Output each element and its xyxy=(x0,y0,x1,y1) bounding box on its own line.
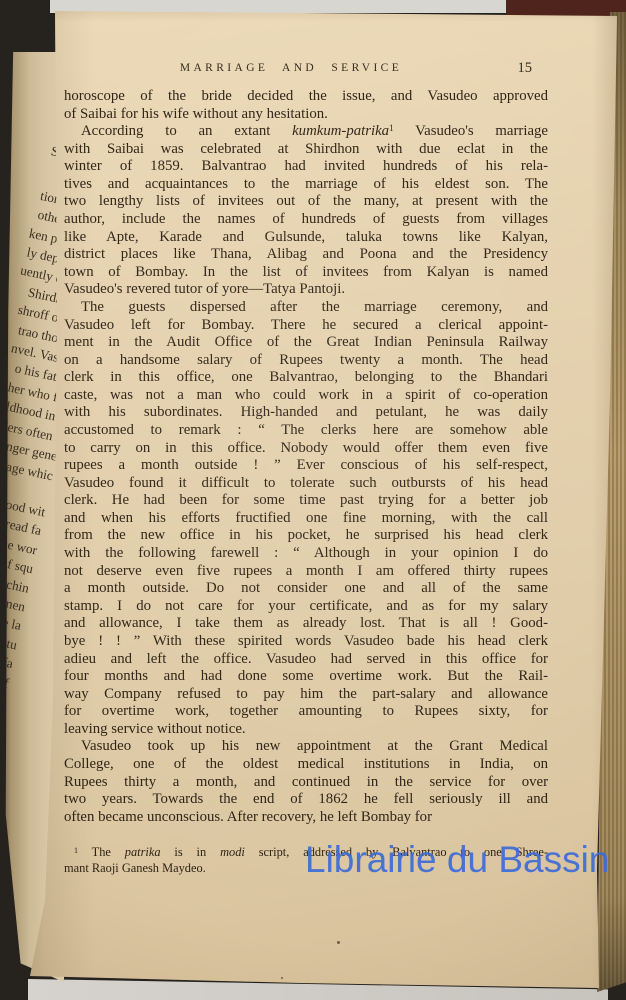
text-line: often became unconscious. After recovery… xyxy=(64,809,548,827)
text-line: not deserve even five rupees a month I a… xyxy=(64,563,548,581)
text-line: two lengthy lists of invitees out of the… xyxy=(64,193,548,211)
text-line: leaving service without notice. xyxy=(64,721,548,739)
text-line: College, one of the oldest medical insti… xyxy=(64,756,548,774)
page-number: 15 xyxy=(518,60,533,77)
text-line: like Apte, Karade and Gulsunde, taluka t… xyxy=(64,229,548,247)
previous-page-line: II xyxy=(2,78,64,129)
text-line: of Saibai for his wife without any hesit… xyxy=(64,106,548,124)
previous-page-line: SERVICE xyxy=(2,124,64,175)
text-line: clerk. He had been for some time past tr… xyxy=(64,492,548,510)
text-line: stamp. I do not care for your certificat… xyxy=(64,598,548,616)
book-photo: IISERVICEtion three bigother and theken … xyxy=(0,0,626,1000)
text-line: The guests dispersed after the marriage … xyxy=(64,299,548,317)
text-line: author, include the names of hundreds of… xyxy=(64,211,548,229)
text-line: Vasudeo's revered tutor of yore—Tatya Pa… xyxy=(64,281,548,299)
text-line: to carry on in this office. Nobody would… xyxy=(64,440,548,458)
text-line: rupees a month outside ! ” Ever consciou… xyxy=(64,457,548,475)
text-line: According to an extant kumkum-patrika1 V… xyxy=(64,123,548,141)
text-line: clerk in this office, one Balvantrao, be… xyxy=(64,369,548,387)
text-line: four months and had done some overtime w… xyxy=(64,668,548,686)
text-line: town of Bombay. In the list of invitees … xyxy=(64,264,548,282)
text-line: Rupees thirty a month, and continued in … xyxy=(64,774,548,792)
text-line: district places like Thana, Alibag and P… xyxy=(64,246,548,264)
paper-speck xyxy=(281,977,283,979)
text-line: a month outside. Do not consider one and… xyxy=(64,580,548,598)
text-line: two years. Towards the end of 1862 he fe… xyxy=(64,791,548,809)
book-cover-edge xyxy=(506,0,626,16)
text-line: winter of 1859. Balvantrao had invited h… xyxy=(64,158,548,176)
watermark: Librairie du Bassin xyxy=(305,839,609,881)
text-line: horoscope of the bride decided the issue… xyxy=(64,88,548,106)
text-line: Vasudeo found it difficult to tolerate s… xyxy=(64,475,548,493)
text-line: caste, was not a man who could work in a… xyxy=(64,387,548,405)
text-line: with the following farewell : “ Although… xyxy=(64,545,548,563)
body-text: horoscope of the bride decided the issue… xyxy=(64,88,548,826)
text-line: for overtime work, together amounting to… xyxy=(64,703,548,721)
text-line: Vasudeo left for Bombay. There he secure… xyxy=(64,317,548,335)
text-line: accustomed to remark : “ The clerks here… xyxy=(64,422,548,440)
text-line: from the new office in his pocket, he su… xyxy=(64,527,548,545)
background-surface-top xyxy=(50,0,512,13)
text-line: ment in the Audit Office of the Great In… xyxy=(64,334,548,352)
text-line: on a handsome salary of Rupees twenty a … xyxy=(64,352,548,370)
text-line: tives and acquaintances to the marriage … xyxy=(64,176,548,194)
text-line: way Company refused to pay him the part-… xyxy=(64,686,548,704)
paper-speck xyxy=(337,941,340,944)
text-line: and allowance, I take them as already lo… xyxy=(64,615,548,633)
text-line: with Saibai was celebrated at Shirdhon w… xyxy=(64,141,548,159)
text-line: with his subordinates. High-handed and p… xyxy=(64,404,548,422)
text-line: adieu and left the office. Vasudeo had s… xyxy=(64,651,548,669)
page-title: MARRIAGE AND SERVICE xyxy=(64,62,548,74)
text-line: Vasudeo took up his new appointment at t… xyxy=(64,738,548,756)
text-line: bye ! ! ” With these spirited words Vasu… xyxy=(64,633,548,651)
text-line: and when his efforts fructified one fine… xyxy=(64,510,548,528)
running-head: MARRIAGE AND SERVICE 15 xyxy=(64,62,548,74)
